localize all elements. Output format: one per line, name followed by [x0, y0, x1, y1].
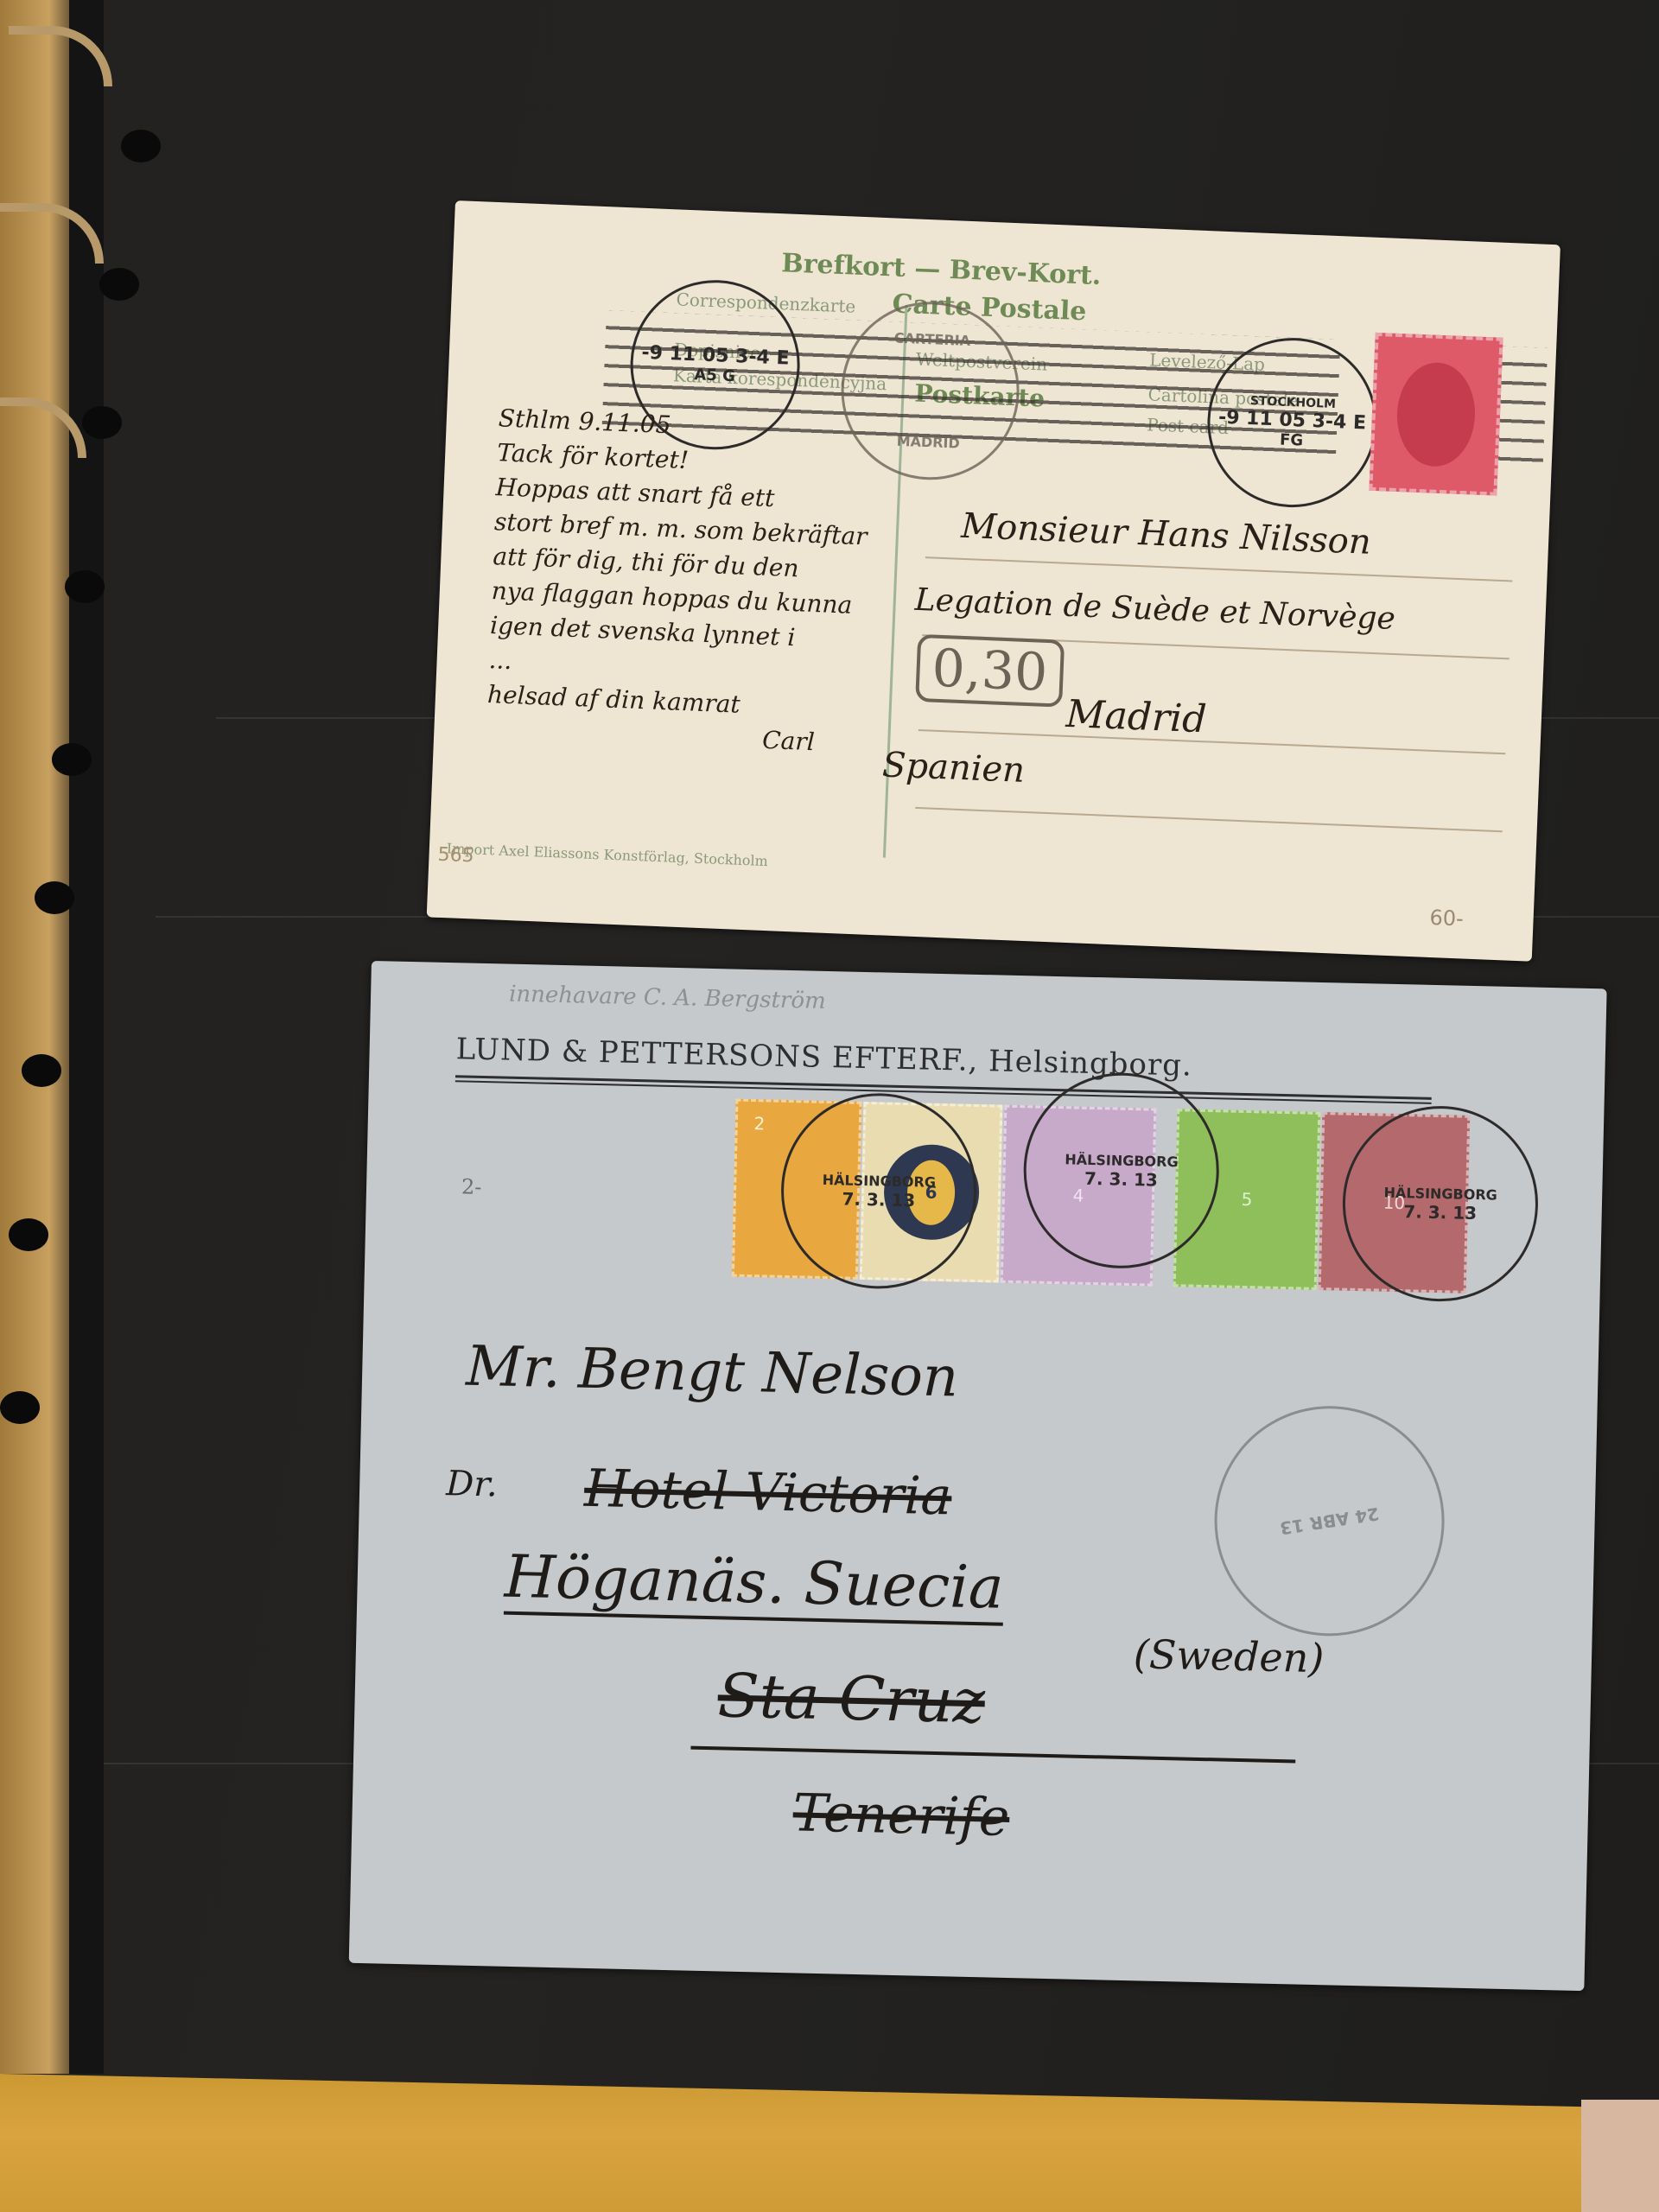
- address-line: (Sweden): [1133, 1630, 1324, 1681]
- handwritten-message: Sthlm 9.11.05 Tack för kortet! Hoppas at…: [486, 401, 897, 762]
- punch-hole: [22, 1054, 61, 1087]
- pencil-note: innehavare C. A. Bergström: [509, 982, 826, 1014]
- pencil-price: 60-: [1429, 906, 1464, 931]
- pencil-number: 2-: [461, 1174, 482, 1199]
- background-wall: [1581, 2100, 1659, 2212]
- letterhead: LUND & PETTERSONS EFTERF., Helsingborg.: [455, 1032, 1192, 1083]
- address-line: Dr.: [446, 1464, 499, 1504]
- address-line: Spanien: [881, 745, 1026, 791]
- punch-hole: [99, 268, 139, 301]
- binder-edge: [69, 0, 104, 2074]
- punch-hole: [52, 743, 92, 776]
- punch-hole: [65, 570, 105, 603]
- punch-hole: [35, 881, 74, 914]
- address-line: Höganäs. Suecia: [504, 1543, 1004, 1623]
- letterhead-rule: [455, 1075, 1432, 1100]
- postmark-receiving: 24 ABR 13: [1198, 1390, 1460, 1652]
- address-rule: [915, 807, 1503, 832]
- envelope: innehavare C. A. Bergström LUND & PETTER…: [349, 961, 1607, 1991]
- address-line-struck: Tenerife: [792, 1783, 1010, 1848]
- punch-hole: [9, 1218, 48, 1251]
- king-portrait-icon: [1395, 360, 1478, 467]
- punch-hole: [121, 130, 161, 162]
- publisher-imprint: Import Axel Eliassons Konstförlag, Stock…: [447, 840, 769, 869]
- address-line-struck: Hotel Victoria: [583, 1459, 952, 1528]
- address-line: Madrid: [1065, 692, 1208, 741]
- address-line-struck: Sta Cruz: [717, 1660, 986, 1737]
- address-underline: [690, 1746, 1295, 1764]
- punch-hole: [82, 406, 122, 439]
- address-line: Mr. Bengt Nelson: [466, 1335, 959, 1410]
- pencil-catalog-number: 565: [437, 844, 474, 868]
- address-line: Monsieur Hans Nilsson: [960, 506, 1371, 563]
- punch-hole: [0, 1391, 40, 1424]
- address-rule: [925, 556, 1513, 582]
- address-line: Legation de Suède et Norvège: [914, 582, 1396, 637]
- rate-marking: 0,30: [915, 634, 1065, 708]
- letterhead-rule: [455, 1080, 1432, 1104]
- postcard: Brefkort — Brev-Kort. Correspondenzkarte…: [427, 200, 1560, 962]
- postcard-title: Brefkort — Brev-Kort.: [781, 248, 1102, 291]
- postage-stamp-10-ore: [1369, 333, 1503, 496]
